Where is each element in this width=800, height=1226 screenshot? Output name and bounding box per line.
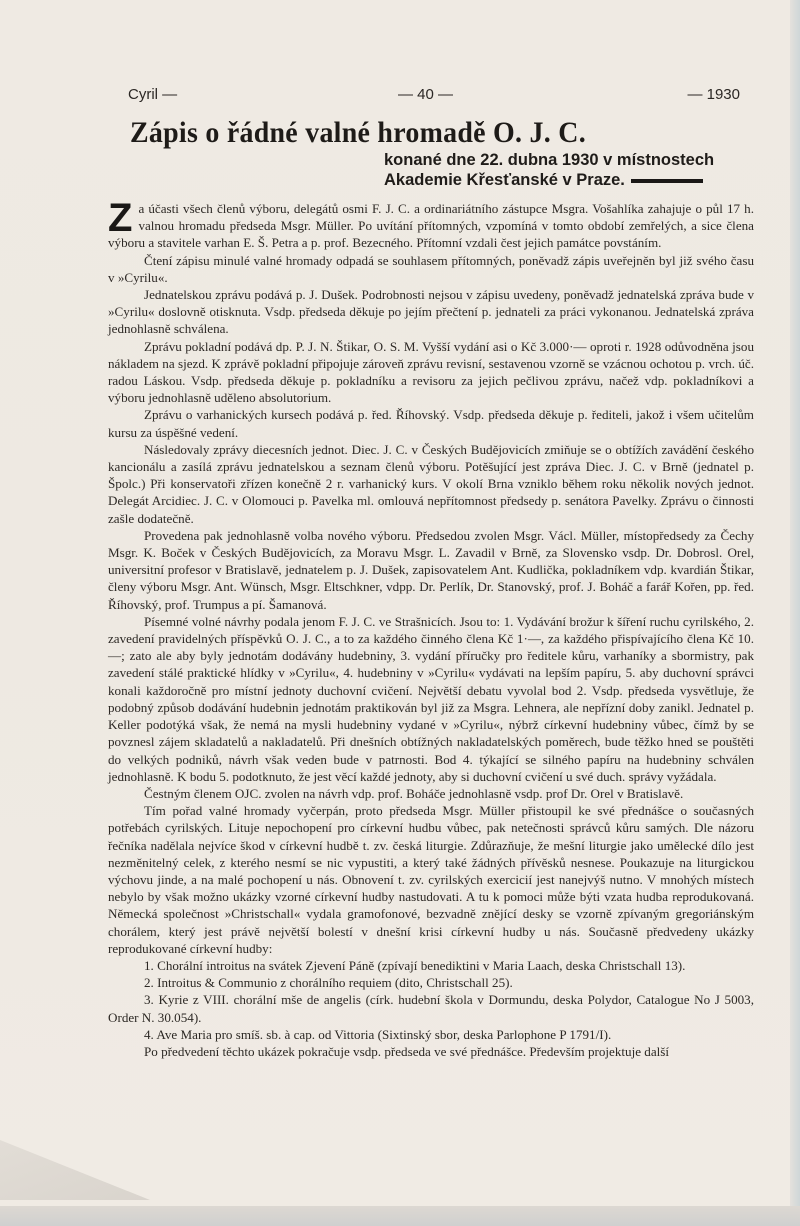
list-item: 4. Ave Maria pro smíš. sb. à cap. od Vit…: [108, 1026, 754, 1043]
header-journal-name: Cyril —: [128, 86, 177, 103]
article-subtitle: konané dne 22. dubna 1930 v místnostech …: [384, 150, 756, 190]
list-item: 3. Kyrie z VIII. chorální mše de angelis…: [108, 991, 754, 1025]
running-header: Cyril — — 40 — — 1930: [128, 86, 740, 106]
page-number: — 40 —: [398, 86, 453, 103]
drop-cap: Z: [108, 202, 132, 234]
paragraph: Zprávu pokladní podává dp. P. J. N. Štik…: [108, 338, 754, 407]
paragraph: Po předvedení těchto ukázek pokračuje vs…: [108, 1043, 754, 1060]
paragraph: Tím pořad valné hromady vyčerpán, proto …: [108, 802, 754, 957]
paragraph: Za účasti všech členů výboru, delegátů o…: [108, 200, 754, 252]
paragraph-text: a účasti všech členů výboru, delegátů os…: [108, 201, 754, 250]
list-item: 1. Chorální introitus na svátek Zjevení …: [108, 957, 754, 974]
article-title: Zápis o řádné valné hromadě O. J. C.: [130, 116, 586, 150]
paragraph: Provedena pak jednohlasně volba nového v…: [108, 527, 754, 613]
paragraph: Následovaly zprávy diecesních jednot. Di…: [108, 441, 754, 527]
subtitle-line-2-text: Akademie Křesťanské v Praze.: [384, 171, 625, 189]
article-body: Za účasti všech členů výboru, delegátů o…: [108, 200, 754, 1060]
list-item: 2. Introitus & Communio z chorálního req…: [108, 974, 754, 991]
header-year: — 1930: [687, 86, 740, 103]
paragraph: Písemné volné návrhy podala jenom F. J. …: [108, 613, 754, 785]
paragraph: Čtení zápisu minulé valné hromady odpadá…: [108, 252, 754, 286]
subtitle-line-1: konané dne 22. dubna 1930 v místnostech: [384, 150, 756, 170]
title-rule: [631, 179, 703, 183]
page-edge: [790, 0, 800, 1226]
paragraph: Jednatelskou zprávu podává p. J. Dušek. …: [108, 286, 754, 338]
paragraph: Zprávu o varhanických kursech podává p. …: [108, 406, 754, 440]
paragraph: Čestným členem OJC. zvolen na návrh vdp.…: [108, 785, 754, 802]
page-bottom-edge: [0, 1206, 800, 1226]
subtitle-line-2: Akademie Křesťanské v Praze.: [384, 170, 756, 190]
